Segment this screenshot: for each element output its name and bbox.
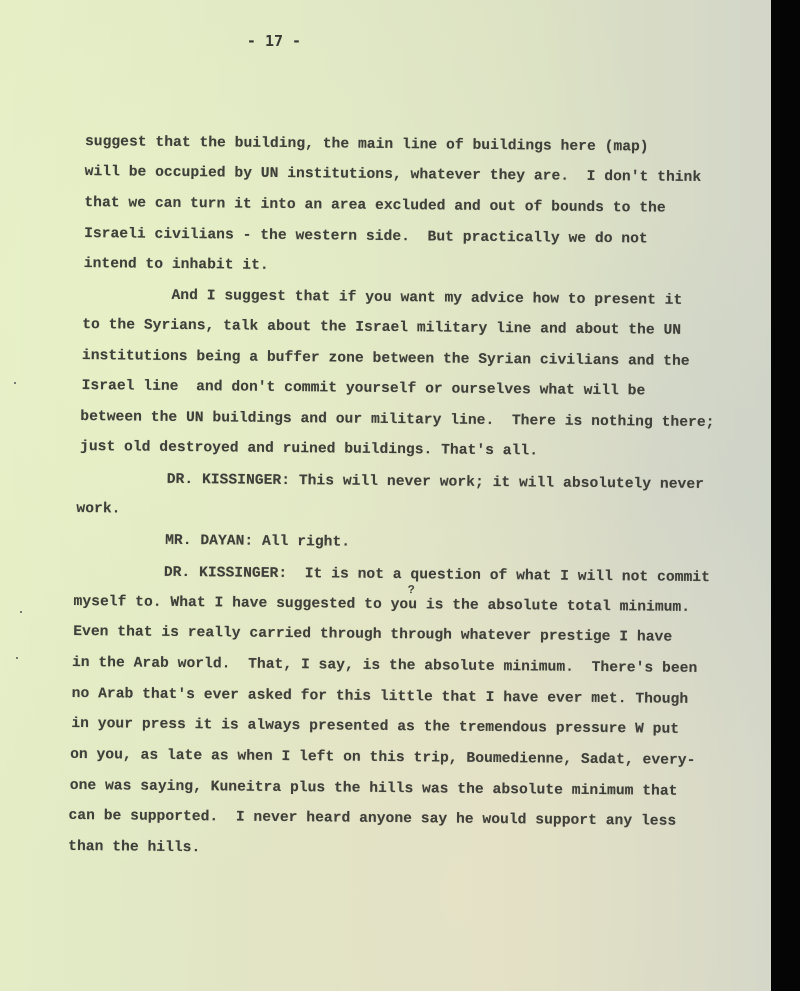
text-line: can be supported. I never heard anyone s… [68, 808, 676, 830]
text-line: work. [76, 501, 120, 517]
speaker-line: DR. KISSINGER: This will never work; it … [167, 472, 704, 493]
paper-speck [14, 382, 16, 384]
paper-speck [20, 611, 22, 613]
text-line: between the UN buildings and our militar… [80, 409, 714, 431]
speaker-line: DR. KISSINGER: It is not a question of w… [164, 565, 710, 586]
text-line: to the Syrians, talk about the Israel mi… [82, 317, 681, 339]
text-line: on you, as late as when I left on this t… [70, 747, 695, 769]
paragraph-start: And I suggest that if you want my advice… [171, 288, 682, 309]
text-line: in your press it is always presented as … [71, 716, 679, 738]
text-line: intend to inhabit it. [84, 256, 269, 274]
text-line: than the hills. [68, 839, 200, 856]
document-page: - 17 - suggest that the building, the ma… [0, 0, 771, 991]
text-line: Israel line and don't commit yourself or… [82, 378, 646, 399]
text-line: just old destroyed and ruined buildings.… [80, 439, 538, 459]
text-line: will be occupied by UN institutions, wha… [85, 164, 702, 186]
paper-speck [16, 657, 18, 659]
handwritten-annotation: ? [408, 583, 415, 597]
text-line: that we can turn it into an area exclude… [84, 195, 665, 217]
text-line: one was saying, Kuneitra plus the hills … [70, 778, 678, 800]
text-line: Even that is really carried through thro… [73, 624, 672, 646]
text-line: Israeli civilians - the western side. Bu… [84, 226, 648, 247]
text-line: no Arab that's ever asked for this littl… [72, 686, 689, 708]
scan-border [771, 0, 800, 991]
text-line: myself to. What I have suggested to you … [73, 594, 690, 616]
text-line: in the Arab world. That, I say, is the a… [72, 655, 697, 677]
speaker-line: MR. DAYAN: All right. [165, 533, 350, 551]
text-line: institutions being a buffer zone between… [82, 348, 690, 370]
document-body: suggest that the building, the main line… [0, 0, 771, 991]
text-line: suggest that the building, the main line… [85, 134, 649, 155]
